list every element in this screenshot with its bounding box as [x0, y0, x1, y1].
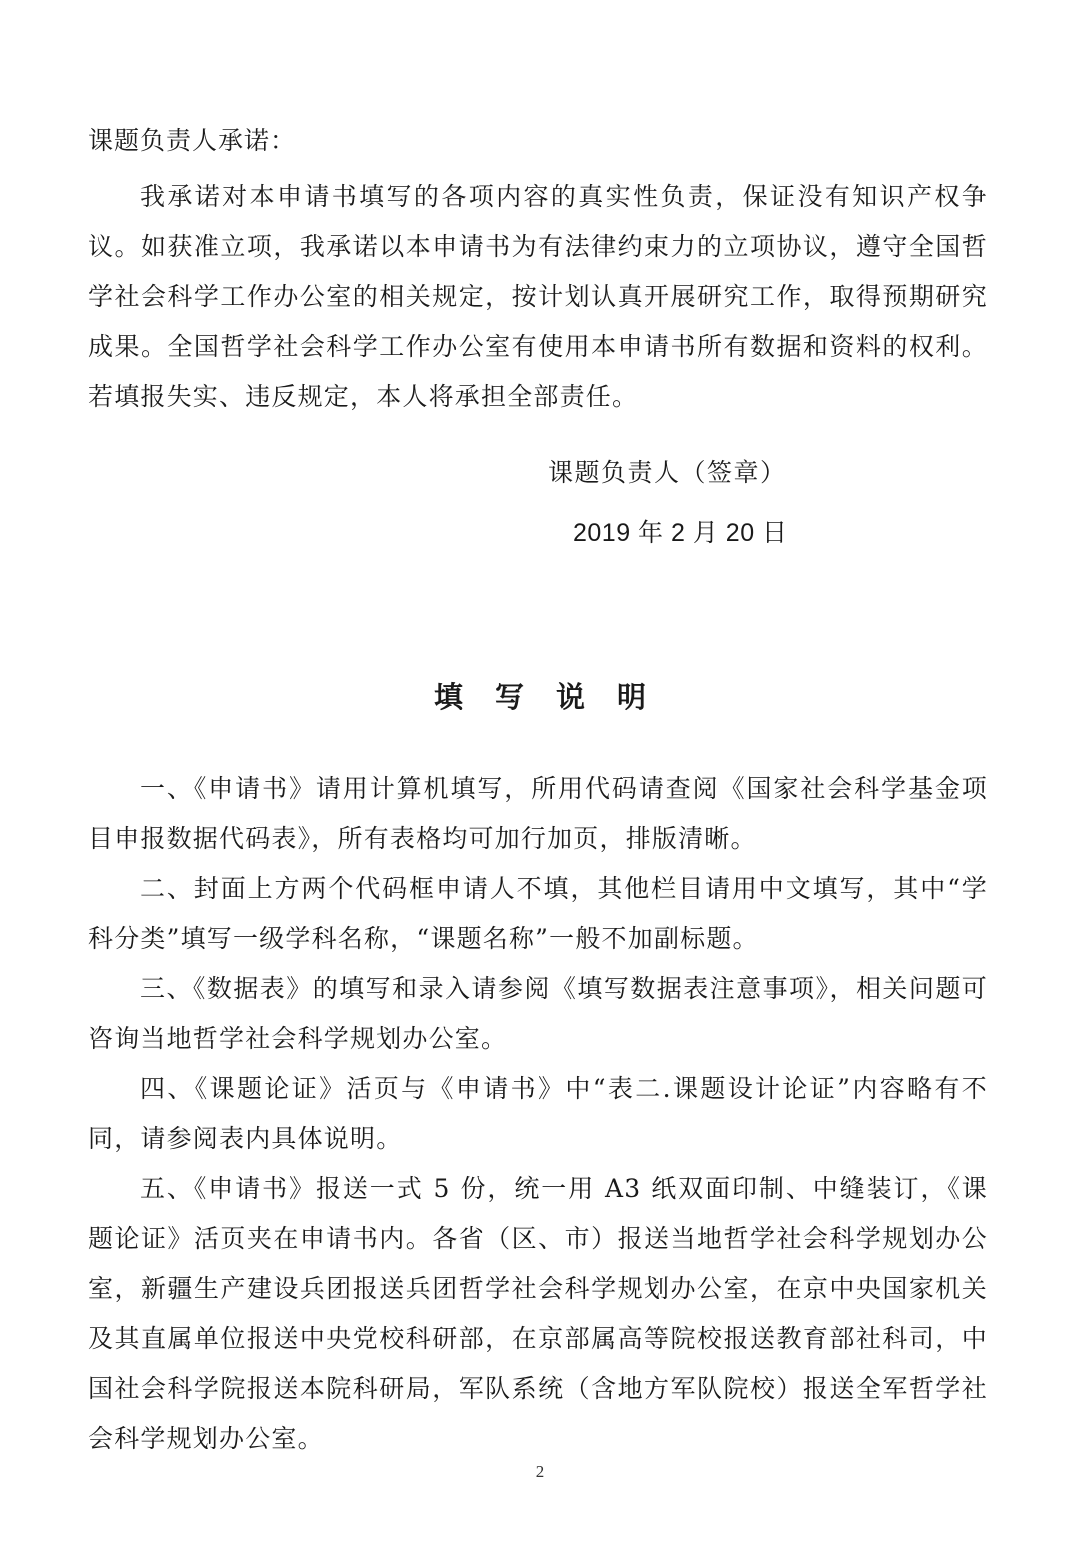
commitment-heading: 课题负责人承诺： [88, 116, 296, 166]
instruction-item-5: 五、《申请书》报送一式 5 份，统一用 A3 纸双面印制、中缝装订，《课题论证》… [88, 1164, 988, 1464]
signature-label: 课题负责人（签章） [548, 448, 787, 498]
commitment-section: 我承诺对本申请书填写的各项内容的真实性负责，保证没有知识产权争议。如获准立项，我… [88, 172, 988, 422]
instruction-item-1: 一、《申请书》请用计算机填写，所用代码请查阅《国家社会科学基金项目申报数据代码表… [88, 764, 988, 864]
instructions-title: 填写说明 [0, 672, 1080, 722]
document-page: 课题负责人承诺： 我承诺对本申请书填写的各项内容的真实性负责，保证没有知识产权争… [0, 0, 1080, 1544]
instruction-item-3: 三、《数据表》的填写和录入请参阅《填写数据表注意事项》，相关问题可咨询当地哲学社… [88, 964, 988, 1064]
instruction-item-2: 二、封面上方两个代码框申请人不填，其他栏目请用中文填写，其中“学科分类”填写一级… [88, 864, 988, 964]
signature-date: 2019 年 2 月 20 日 [573, 508, 788, 558]
page-number: 2 [0, 1460, 1080, 1484]
commitment-paragraph: 我承诺对本申请书填写的各项内容的真实性负责，保证没有知识产权争议。如获准立项，我… [88, 172, 988, 422]
instruction-item-4: 四、《课题论证》活页与《申请书》中“表二.课题设计论证”内容略有不同，请参阅表内… [88, 1064, 988, 1164]
instructions-list: 一、《申请书》请用计算机填写，所用代码请查阅《国家社会科学基金项目申报数据代码表… [88, 764, 988, 1464]
